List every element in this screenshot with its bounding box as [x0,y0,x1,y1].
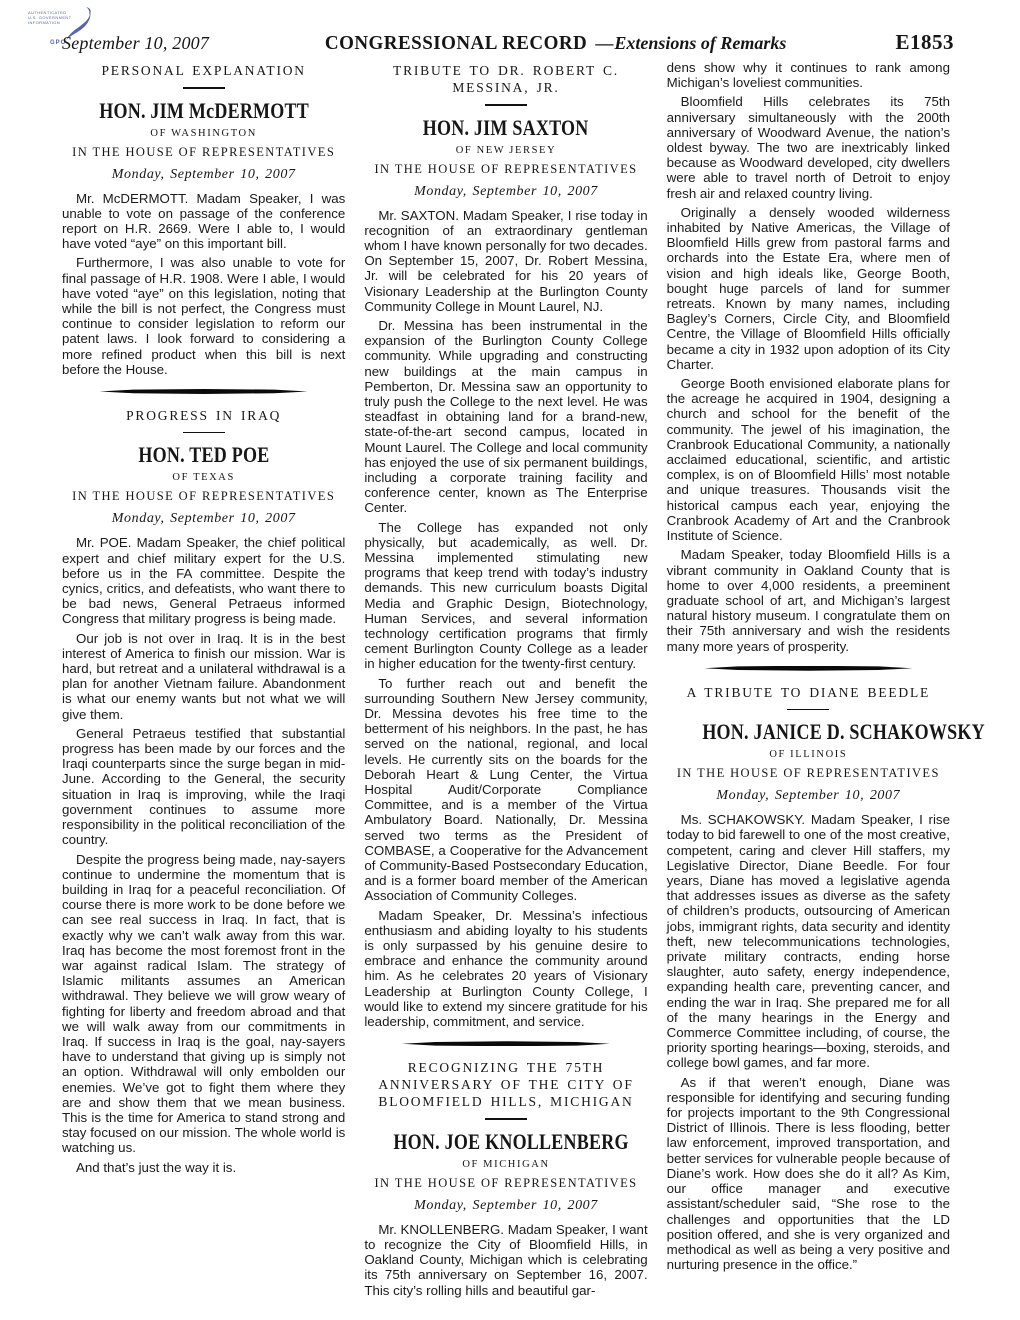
paragraph: Originally a densely wooded wilderness i… [667,205,950,372]
session-date: Monday, September 10, 2007 [667,788,950,804]
paragraph: Furthermore, I was also unable to vote f… [62,255,345,377]
member-name-text: HON. TED POE [138,442,269,468]
member-name-text: HON. JIM McDERMOTT [99,98,309,124]
paragraph: Bloomfield Hills celebrates its 75th ann… [667,94,950,200]
publication-title: CONGRESSIONAL RECORD—Extensions of Remar… [209,32,895,55]
title-rule [787,709,829,711]
paragraph: General Petraeus testified that substant… [62,726,345,848]
member-state: OF NEW JERSEY [364,145,647,156]
article-divider-icon [100,389,308,394]
article-title: TRIBUTE TO DR. ROBERT C. MESSINA, JR. [364,62,647,96]
chamber-line: IN THE HOUSE OF REPRESENTATIVES [364,1176,647,1191]
edition-name: Extensions of Remarks [614,33,786,53]
member-name: HON. JIM SAXTON [364,115,647,141]
member-name: HON. JANICE D. SCHAKOWSKY [667,719,950,745]
chamber-line: IN THE HOUSE OF REPRESENTATIVES [667,766,950,781]
article-title: RECOGNIZING THE 75TH ANNIVERSARY OF THE … [364,1059,647,1110]
publication-name: CONGRESSIONAL RECORD [325,32,587,55]
member-name-text: HON. JIM SAXTON [423,115,589,141]
member-name-text: HON. JANICE D. SCHAKOWSKY [702,719,985,745]
paragraph: As if that weren’t enough, Diane was res… [667,1075,950,1273]
member-state: OF TEXAS [62,472,345,483]
paragraph: The College has expanded not only physic… [364,520,647,672]
page-number: E1853 [895,30,954,55]
member-state: OF MICHIGAN [364,1159,647,1170]
congressional-record-page: AUTHENTICATED U.S. GOVERNMENT INFORMATIO… [0,0,1020,1320]
paragraph: To further reach out and benefit the sur… [364,676,647,904]
paragraph: dens show why it continues to rank among… [667,60,950,90]
paragraph: Our job is not over in Iraq. It is in th… [62,631,345,722]
title-rule [183,87,225,89]
paragraph: Mr. McDERMOTT. Madam Speaker, I was unab… [62,191,345,252]
article-title: A TRIBUTE TO DIANE BEEDLE [667,684,950,701]
member-state: OF ILLINOIS [667,749,950,760]
session-date: Monday, September 10, 2007 [364,184,647,200]
paragraph: Despite the progress being made, nay-say… [62,852,345,1156]
paragraph: Mr. KNOLLENBERG. Madam Speaker, I want t… [364,1222,647,1298]
column: dens show why it continues to rank among… [667,60,950,1302]
header-date: September 10, 2007 [62,33,209,54]
title-rule [485,1118,527,1120]
article-title: PROGRESS IN IRAQ [62,407,345,424]
paragraph: And that’s just the way it is. [62,1160,345,1175]
session-date: Monday, September 10, 2007 [62,511,345,527]
paragraph: Mr. SAXTON. Madam Speaker, I rise today … [364,208,647,314]
member-name: HON. JOE KNOLLENBERG [364,1129,647,1155]
paragraph: George Booth envisioned elaborate plans … [667,376,950,543]
paragraph: Mr. POE. Madam Speaker, the chief politi… [62,535,345,626]
chamber-line: IN THE HOUSE OF REPRESENTATIVES [62,489,345,504]
article-title: PERSONAL EXPLANATION [62,62,345,79]
title-rule [183,432,225,434]
column: PERSONAL EXPLANATIONHON. JIM McDERMOTTOF… [62,60,345,1302]
paragraph: Madam Speaker, today Bloomfield Hills is… [667,547,950,653]
session-date: Monday, September 10, 2007 [62,167,345,183]
paragraph: Ms. SCHAKOWSKY. Madam Speaker, I rise to… [667,812,950,1070]
member-state: OF WASHINGTON [62,128,345,139]
member-name-text: HON. JOE KNOLLENBERG [394,1129,629,1155]
chamber-line: IN THE HOUSE OF REPRESENTATIVES [62,145,345,160]
title-dash: — [594,33,614,53]
title-rule [485,104,527,106]
member-name: HON. JIM McDERMOTT [62,98,345,124]
running-head: September 10, 2007 CONGRESSIONAL RECORD—… [62,30,954,60]
session-date: Monday, September 10, 2007 [364,1198,647,1214]
paragraph: Dr. Messina has been instrumental in the… [364,318,647,516]
chamber-line: IN THE HOUSE OF REPRESENTATIVES [364,162,647,177]
article-divider-icon [704,666,912,671]
article-divider-icon [402,1041,610,1046]
paragraph: Madam Speaker, Dr. Messina’s infectious … [364,908,647,1030]
column: TRIBUTE TO DR. ROBERT C. MESSINA, JR.HON… [364,60,647,1302]
member-name: HON. TED POE [62,442,345,468]
text-columns: PERSONAL EXPLANATIONHON. JIM McDERMOTTOF… [62,60,950,1302]
